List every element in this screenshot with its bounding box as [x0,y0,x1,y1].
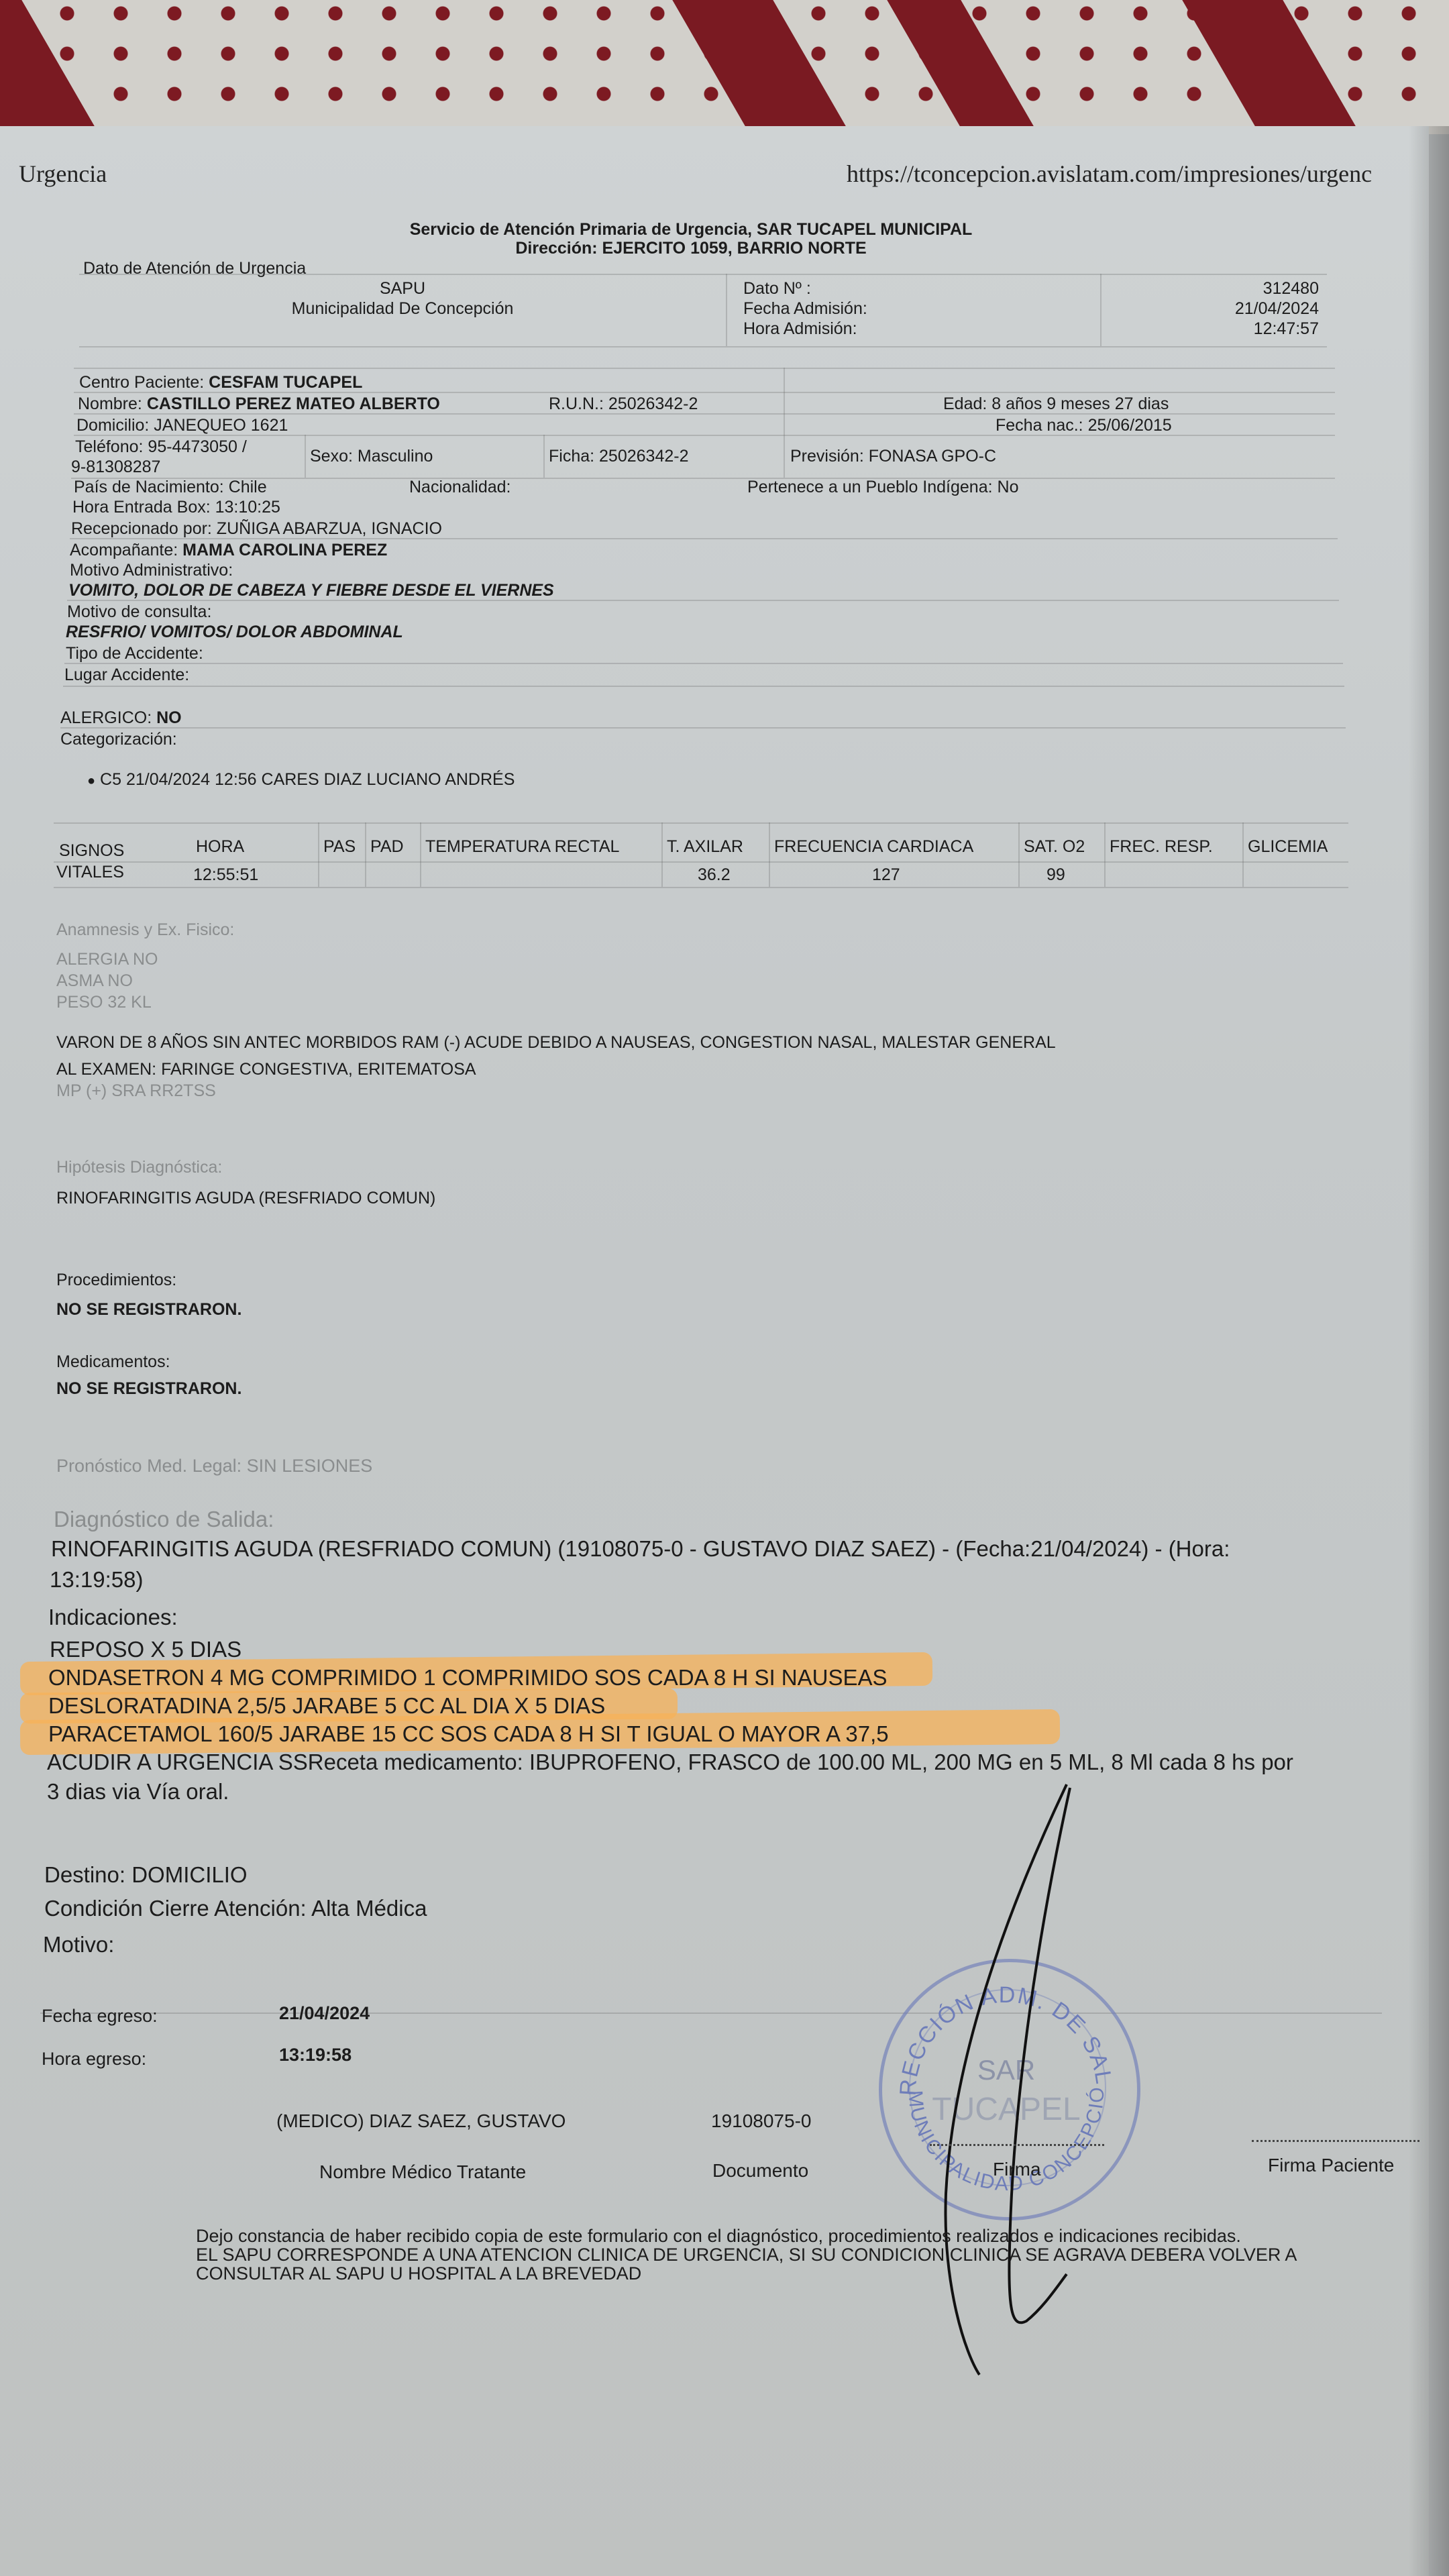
institution-address: Dirección: EJERCITO 1059, BARRIO NORTE [0,239,1382,258]
domicilio: Domicilio: JANEQUEO 1621 [76,416,288,435]
anamnesis-line-2: AL EXAMEN: FARINGE CONGESTIVA, ERITEMATO… [56,1060,476,1079]
anamnesis-label: Anamnesis y Ex. Fisico: [56,920,234,940]
alergico: ALERGICO: NO [60,708,182,728]
vitals-column-header: FREC. RESP. [1110,837,1213,857]
medico-nombre: (MEDICO) DIAZ SAEZ, GUSTAVO [276,2110,566,2132]
motivo-consulta-label: Motivo de consulta: [67,602,211,622]
dato-label: Dato Nº : [743,279,811,299]
centro-paciente: Centro Paciente: CESFAM TUCAPEL [79,373,362,392]
edad: Edad: 8 años 9 meses 27 dias [943,394,1169,414]
label-firma-paciente: Firma Paciente [1268,2155,1394,2176]
org-municipality: Municipalidad De Concepción [0,299,805,319]
anamnesis-peso: PESO 32 KL [56,993,152,1012]
fabric-stripe [672,0,850,134]
tablecloth-background [0,0,1449,134]
motivo-administrativo-value: VOMITO, DOLOR DE CABEZA Y FIEBRE DESDE E… [68,581,554,600]
fecha-nacimiento: Fecha nac.: 25/06/2015 [996,416,1172,435]
fecha-egreso-value: 21/04/2024 [279,2003,370,2024]
nacionalidad: Nacionalidad: [409,478,511,497]
motivo-administrativo-label: Motivo Administrativo: [70,561,233,580]
vitals-value: 36.2 [698,865,731,885]
hora-egreso-value: 13:19:58 [279,2045,352,2065]
medicamentos-label: Medicamentos: [56,1352,170,1372]
prevision: Previsión: FONASA GPO-C [790,447,996,466]
pronostico-medico-legal: Pronóstico Med. Legal: SIN LESIONES [56,1456,372,1477]
anamnesis-line-1: VARON DE 8 AÑOS SIN ANTEC MORBIDOS RAM (… [56,1033,1056,1053]
vitals-value: 12:55:51 [193,865,258,885]
hora-egreso-label: Hora egreso: [42,2049,146,2070]
anamnesis-line-3: MP (+) SRA RR2TSS [56,1081,216,1101]
fecha-admision-value: 21/04/2024 [1100,299,1319,319]
vitals-column-header: GLICEMIA [1248,837,1328,857]
label-nombre-medico: Nombre Médico Tratante [319,2161,526,2183]
label-documento: Documento [712,2160,808,2182]
lugar-accidente: Lugar Accidente: [64,665,189,685]
doctor-signature [926,1778,1100,2381]
paper-shadow [1409,126,1449,2576]
fabric-stripe [887,0,1038,134]
hora-admision-value: 12:47:57 [1100,319,1319,339]
procedimientos-value: NO SE REGISTRARON. [56,1300,241,1320]
indicaciones-label: Indicaciones: [48,1605,178,1630]
telefono-1: Teléfono: 95-4473050 / [75,437,247,457]
hipotesis-value: RINOFARINGITIS AGUDA (RESFRIADO COMUN) [56,1189,435,1208]
pais-nacimiento: País de Nacimiento: Chile [74,478,267,497]
vitals-value: 99 [1046,865,1065,885]
vitals-column-header: PAS [323,837,356,857]
medicamentos-value: NO SE REGISTRARON. [56,1379,241,1399]
hora-entrada-box: Hora Entrada Box: 13:10:25 [72,498,280,517]
procedimientos-label: Procedimientos: [56,1271,176,1290]
footer-warning-1: EL SAPU CORRESPONDE A UNA ATENCION CLINI… [196,2245,1297,2265]
footer-constancia: Dejo constancia de haber recibido copia … [196,2226,1241,2247]
motivo-consulta-value: RESFRIO/ VOMITOS/ DOLOR ABDOMINAL [66,623,403,642]
hipotesis-label: Hipótesis Diagnóstica: [56,1158,222,1177]
footer-warning-2: CONSULTAR AL SAPU U HOSPITAL A LA BREVED… [196,2263,641,2284]
tipo-accidente: Tipo de Accidente: [66,644,203,663]
motivo-cierre: Motivo: [43,1932,114,1957]
telefono-2: 9-81308287 [71,458,160,477]
indicacion-acudir-urgencia: ACUDIR A URGENCIA SSReceta medicamento: … [47,1750,1293,1775]
destino: Destino: DOMICILIO [44,1862,248,1888]
diagnostico-salida-label: Diagnóstico de Salida: [54,1507,274,1532]
nombre-paciente: Nombre: CASTILLO PEREZ MATEO ALBERTO [78,394,440,414]
indicacion-via-oral: 3 dias via Vía oral. [47,1779,229,1805]
vitals-column-header: HORA [196,837,244,857]
indicacion-reposo: REPOSO X 5 DIAS [50,1637,241,1662]
vitals-column-header: T. AXILAR [667,837,743,857]
anamnesis-asma: ASMA NO [56,971,133,991]
fabric-stripe [0,0,99,134]
fecha-admision-label: Fecha Admisión: [743,299,867,319]
section-label: Dato de Atención de Urgencia [83,259,306,278]
acompanante: Acompañante: MAMA CAROLINA PEREZ [70,541,387,560]
indicacion-ondasetron: ONDASETRON 4 MG COMPRIMIDO 1 COMPRIMIDO … [48,1665,888,1690]
vitals-column-header: SAT. O2 [1024,837,1085,857]
run: R.U.N.: 25026342-2 [549,394,698,414]
vitals-column-header: TEMPERATURA RECTAL [425,837,619,857]
vitals-label-2: VITALES [56,863,124,882]
fecha-egreso-label: Fecha egreso: [42,2006,158,2027]
ficha: Ficha: 25026342-2 [549,447,688,466]
recepcionado-por: Recepcionado por: ZUÑIGA ABARZUA, IGNACI… [71,519,442,539]
anamnesis-alergia: ALERGIA NO [56,950,158,969]
org-sapu: SAPU [0,279,805,299]
medico-documento: 19108075-0 [711,2110,811,2132]
label-firma: Firma [993,2159,1041,2180]
categorizacion-label: Categorización: [60,730,177,749]
print-url: https://tconcepcion.avislatam.com/impres… [847,160,1372,188]
condicion-cierre: Condición Cierre Atención: Alta Médica [44,1896,427,1921]
diagnostico-salida-line-1: RINOFARINGITIS AGUDA (RESFRIADO COMUN) (… [51,1536,1230,1562]
categorizacion-value: ● C5 21/04/2024 12:56 CARES DIAZ LUCIANO… [87,770,515,790]
sexo: Sexo: Masculino [310,447,433,466]
fabric-stripe [1182,0,1360,134]
dato-value: 312480 [1100,279,1319,299]
vitals-label-1: SIGNOS [59,841,124,861]
indicacion-paracetamol: PARACETAMOL 160/5 JARABE 15 CC SOS CADA … [48,1721,889,1747]
institution-name: Servicio de Atención Primaria de Urgenci… [0,220,1382,239]
vitals-value: 127 [872,865,900,885]
vitals-column-header: FRECUENCIA CARDIACA [774,837,973,857]
print-title: Urgencia [19,160,107,188]
diagnostico-salida-line-2: 13:19:58) [50,1567,143,1593]
pueblo-indigena: Pertenece a un Pueblo Indígena: No [747,478,1018,497]
vitals-column-header: PAD [370,837,404,857]
indicacion-desloratadina: DESLORATADINA 2,5/5 JARABE 5 CC AL DIA X… [48,1693,605,1719]
hora-admision-label: Hora Admisión: [743,319,857,339]
